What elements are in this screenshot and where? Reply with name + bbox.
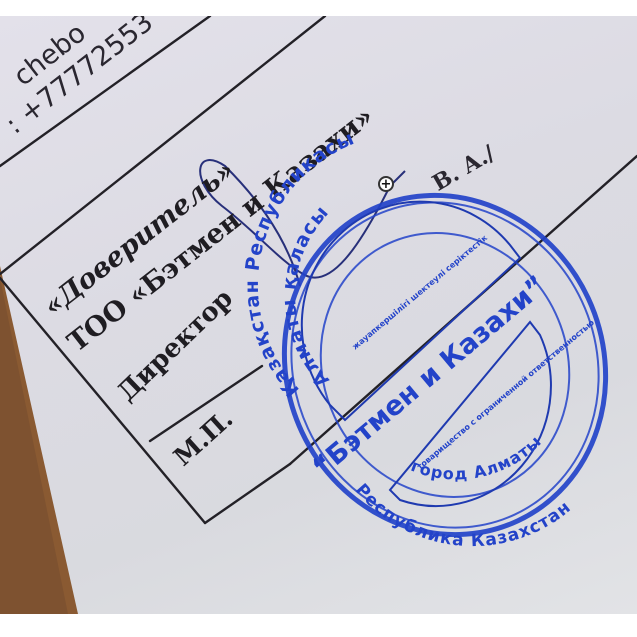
company-stamp: Қазақстан Республикасы Алматы қаласы Рес… <box>0 16 637 614</box>
document-photo: chebo : +77772553 «Доверитель» ТОО «Бэтм… <box>0 16 637 614</box>
stamp-lower-panel-text: товарищество с ограниченной ответственно… <box>416 318 597 472</box>
stamp-outer-bottom-text: Республика Казахстан <box>351 480 575 551</box>
svg-text:Республика Казахстан: Республика Казахстан <box>351 480 575 551</box>
zoom-cursor-icon: + <box>378 176 394 192</box>
